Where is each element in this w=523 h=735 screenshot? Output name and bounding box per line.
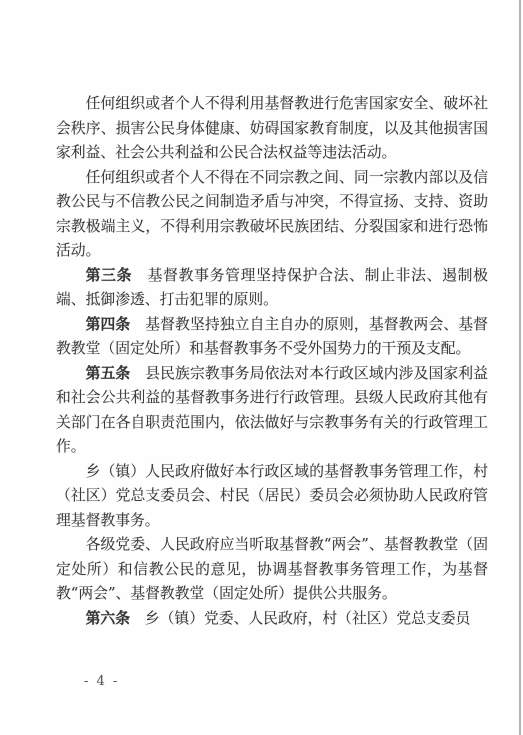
document-page: 任何组织或者个人不得利用基督教进行危害国家安全、破坏社会秩序、损害公民身体健康、… xyxy=(0,0,523,735)
paragraph: 任何组织或者个人不得在不同宗教之间、同一宗教内部以及信教公民与不信教公民之间制造… xyxy=(56,166,488,264)
article-number: 第六条 xyxy=(86,610,145,627)
page-number: - 4 - xyxy=(84,674,119,689)
paragraph: 第四条 基督教坚持独立自主自办的原则，基督教两会、基督教教堂（固定处所）和基督教… xyxy=(56,313,488,362)
paragraph: 乡（镇）人民政府做好本行政区域的基督教事务管理工作，村（社区）党总支委员会、村民… xyxy=(56,460,488,534)
paragraph: 第五条 县民族宗教事务局依法对本行政区域内涉及国家利益和社会公共利益的基督教事务… xyxy=(56,362,488,460)
article-number: 第四条 xyxy=(86,316,146,333)
paragraph-text: 乡（镇）人民政府做好本行政区域的基督教事务管理工作，村（社区）党总支委员会、村民… xyxy=(56,463,488,529)
paragraph-text: 任何组织或者个人不得利用基督教进行危害国家安全、破坏社会秩序、损害公民身体健康、… xyxy=(56,95,488,161)
article-number: 第五条 xyxy=(86,365,146,382)
scan-edge-line xyxy=(519,0,521,735)
paragraph: 各级党委、人民政府应当听取基督教“两会”、基督教教堂（固定处所）和信教公民的意见… xyxy=(56,533,488,607)
paragraph: 第六条 乡（镇）党委、人民政府，村（社区）党总支委员 xyxy=(56,607,488,632)
paragraph-text: 各级党委、人民政府应当听取基督教“两会”、基督教教堂（固定处所）和信教公民的意见… xyxy=(56,536,488,602)
article-number: 第三条 xyxy=(86,267,148,284)
paragraph-text: 乡（镇）党委、人民政府，村（社区）党总支委员 xyxy=(145,610,471,627)
paragraph: 任何组织或者个人不得利用基督教进行危害国家安全、破坏社会秩序、损害公民身体健康、… xyxy=(56,92,488,166)
paragraph: 第三条 基督教事务管理坚持保护合法、制止非法、遏制极端、抵御渗透、打击犯罪的原则… xyxy=(56,264,488,313)
paragraph-text: 任何组织或者个人不得在不同宗教之间、同一宗教内部以及信教公民与不信教公民之间制造… xyxy=(56,169,488,260)
document-body: 任何组织或者个人不得利用基督教进行危害国家安全、破坏社会秩序、损害公民身体健康、… xyxy=(56,92,488,631)
